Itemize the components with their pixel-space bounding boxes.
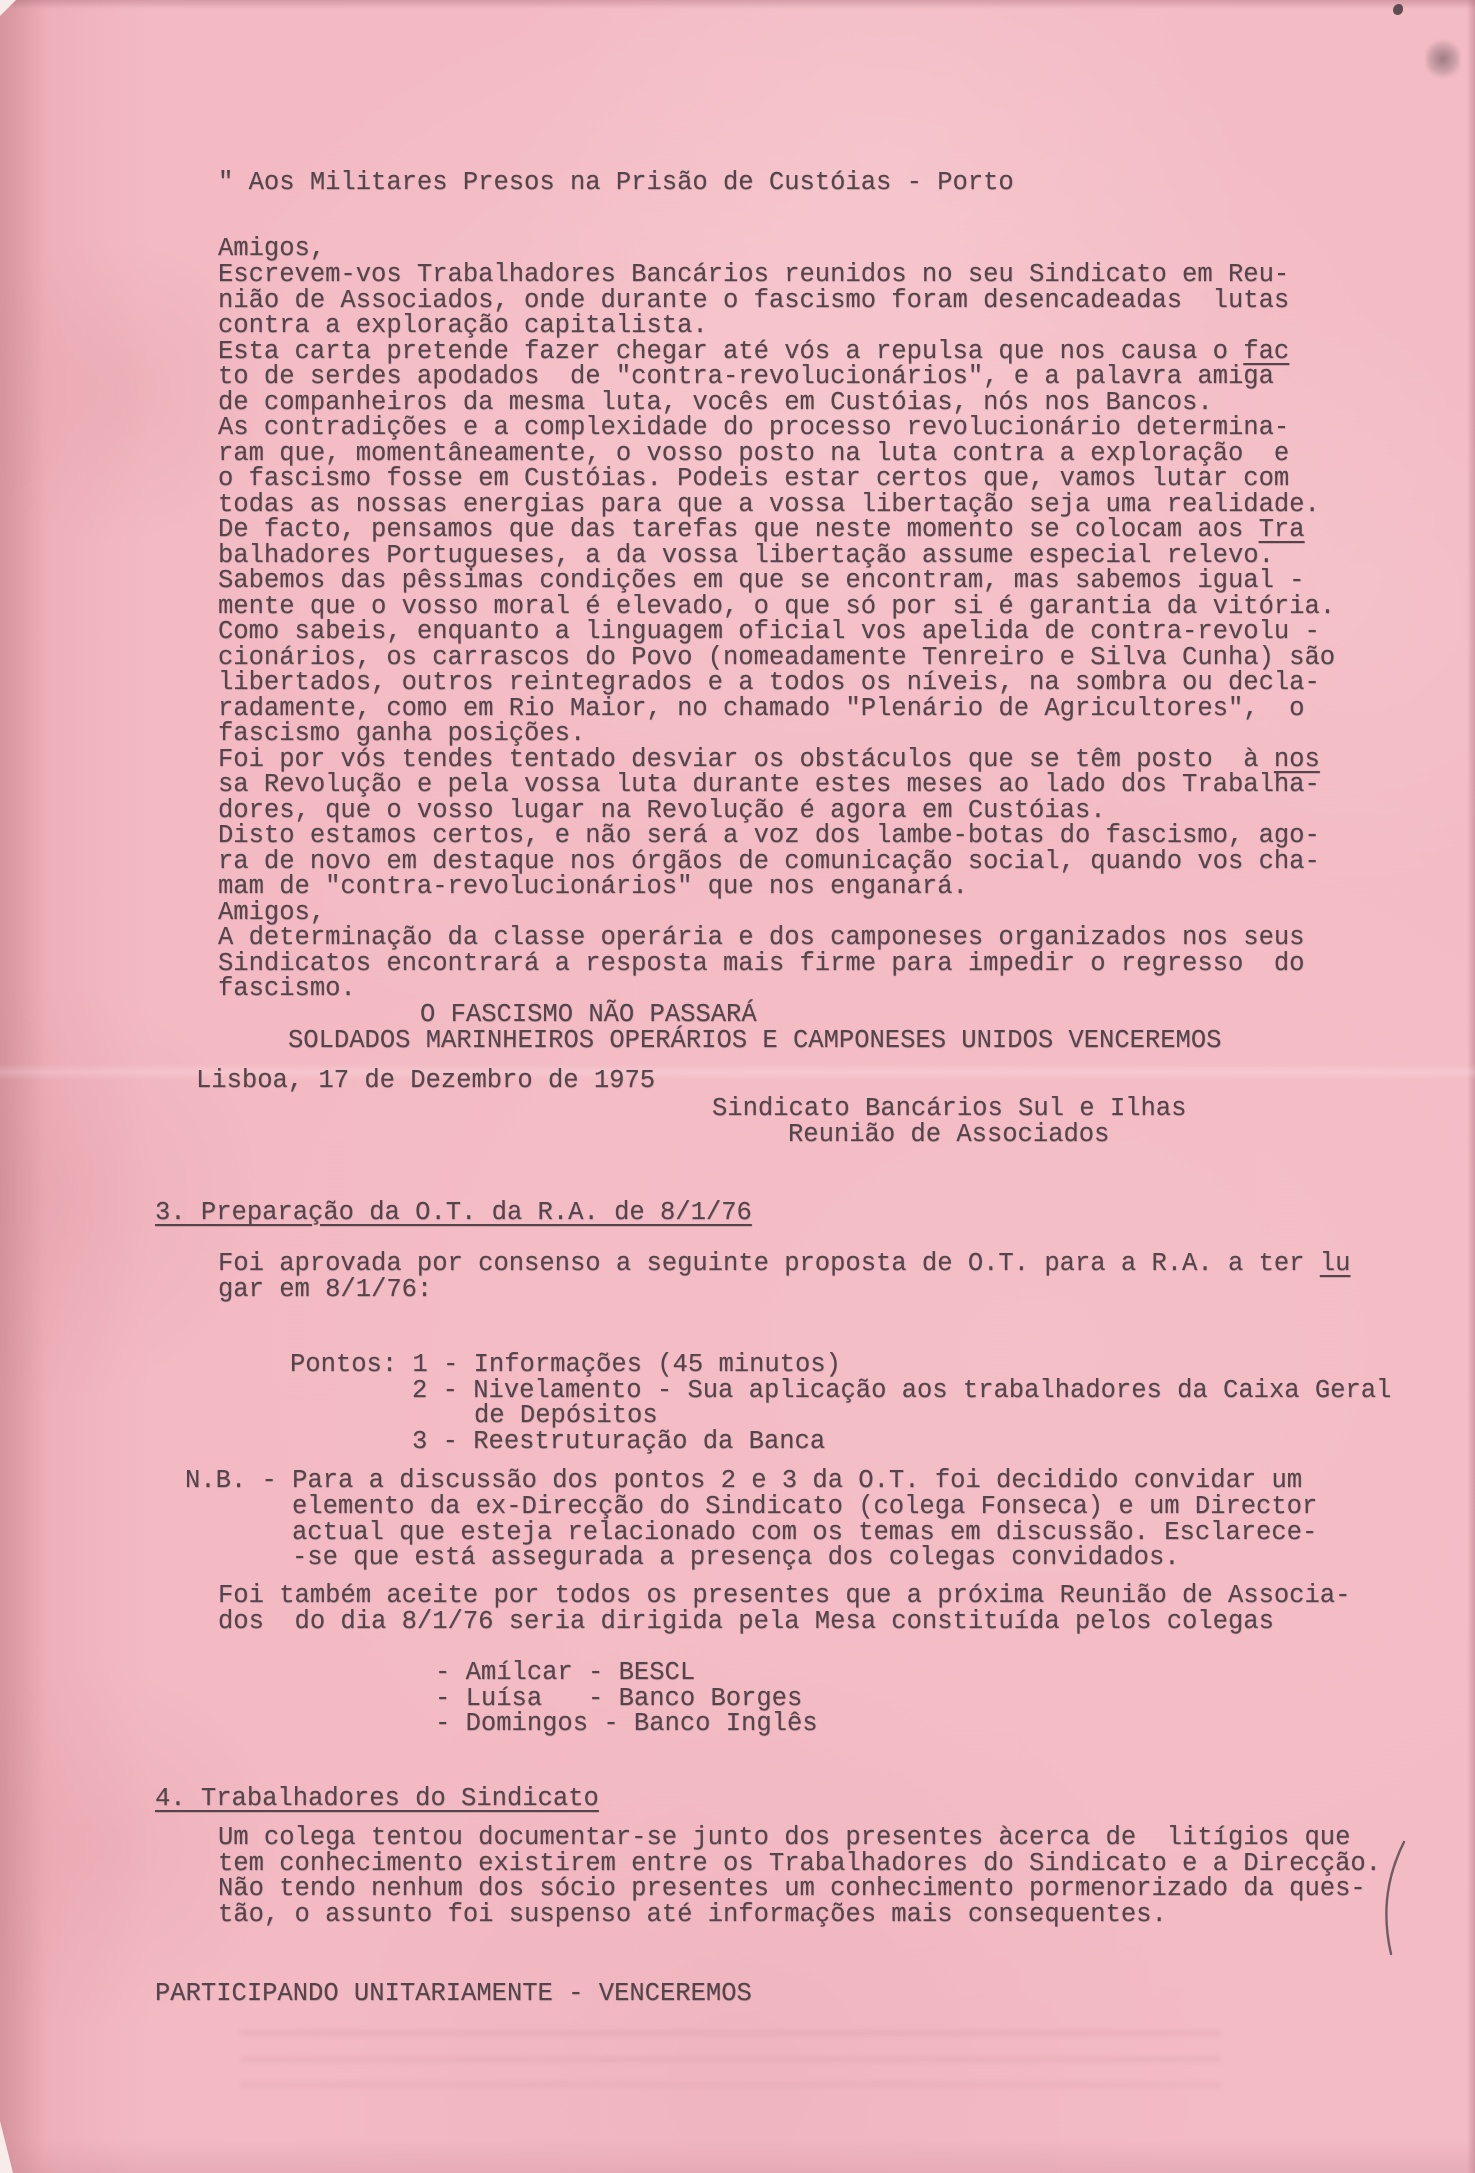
text-line: gar em 8/1/76: <box>218 1277 1350 1303</box>
mesa-members-list: - Amílcar - BESCL- Luísa - Banco Borges-… <box>435 1660 818 1737</box>
nota-bene-first-line: N.B. - Para a discussão dos pontos 2 e 3… <box>185 1468 1302 1494</box>
text-line: - Amílcar - BESCL <box>435 1660 818 1686</box>
text-line: ram que, momentâneamente, o vosso posto … <box>218 441 1335 467</box>
bleed-through-text <box>240 2030 1220 2140</box>
text-line: de companheiros da mesma luta, vocês em … <box>218 390 1335 416</box>
section-4-heading: 4. Trabalhadores do Sindicato <box>155 1786 599 1812</box>
text-line: As contradições e a complexidade do proc… <box>218 415 1335 441</box>
letter-slogan-2: SOLDADOS MARINHEIROS OPERÁRIOS E CAMPONE… <box>288 1028 1221 1054</box>
letter-body: Escrevem-vos Trabalhadores Bancários reu… <box>218 262 1335 1002</box>
paper-edge-shadow-right <box>1467 0 1475 2173</box>
agenda-point-1: Pontos: 1 - Informações (45 minutos) <box>290 1352 841 1378</box>
letter-dateline: Lisboa, 17 de Dezembro de 1975 <box>196 1068 655 1094</box>
text-line: Foi aprovada por consenso a seguinte pro… <box>218 1251 1350 1277</box>
text-line: contra a exploração capitalista. <box>218 313 1335 339</box>
text-line: Foi também aceite por todos os presentes… <box>218 1583 1350 1609</box>
text-line: mente que o vosso moral é elevado, o que… <box>218 594 1335 620</box>
text-line: tem conhecimento existirem entre os Trab… <box>218 1851 1381 1877</box>
paper-edge-shadow-bottom <box>0 2139 1475 2173</box>
text-line: Sindicatos encontrará a resposta mais fi… <box>218 951 1335 977</box>
footer-slogan: PARTICIPANDO UNITARIAMENTE - VENCEREMOS <box>155 1981 752 2007</box>
text-line: ra de novo em destaque nos órgãos de com… <box>218 849 1335 875</box>
text-line: to de serdes apodados de "contra-revoluc… <box>218 364 1335 390</box>
text-line: Esta carta pretende fazer chegar até vós… <box>218 339 1335 365</box>
text-line: fascismo ganha posições. <box>218 721 1335 747</box>
text-line: - Luísa - Banco Borges <box>435 1686 818 1712</box>
text-line: o fascismo fosse em Custóias. Podeis est… <box>218 466 1335 492</box>
letter-signature-body: Reunião de Associados <box>788 1122 1109 1148</box>
letter-addressee: " Aos Militares Presos na Prisão de Cust… <box>218 170 1014 196</box>
text-line: nião de Associados, onde durante o fasci… <box>218 288 1335 314</box>
approval-paragraph: Foi também aceite por todos os presentes… <box>218 1583 1350 1634</box>
text-line: tão, o assunto foi suspenso até informaç… <box>218 1902 1381 1928</box>
text-line: - Domingos - Banco Inglês <box>435 1711 818 1737</box>
agenda-point-2: 2 - Nivelamento - Sua aplicação aos trab… <box>412 1378 1391 1404</box>
text-line: A determinação da classe operária e dos … <box>218 925 1335 951</box>
text-line: balhadores Portugueses, a da vossa liber… <box>218 543 1335 569</box>
text-line: Como sabeis, enquanto a linguagem oficia… <box>218 619 1335 645</box>
text-line: Um colega tentou documentar-se junto dos… <box>218 1825 1381 1851</box>
nota-bene-continuation: elemento da ex-Direcção do Sindicato (co… <box>292 1494 1317 1571</box>
section-4-body: Um colega tentou documentar-se junto dos… <box>218 1825 1381 1927</box>
text-line: libertados, outros reintegrados e a todo… <box>218 670 1335 696</box>
text-line: elemento da ex-Direcção do Sindicato (co… <box>292 1494 1317 1520</box>
text-line: dos do dia 8/1/76 seria dirigida pela Me… <box>218 1609 1350 1635</box>
text-line: Sabemos das pêssimas condições em que se… <box>218 568 1335 594</box>
text-line: sa Revolução e pela vossa luta durante e… <box>218 772 1335 798</box>
text-line: fascismo. <box>218 976 1335 1002</box>
text-line: todas as nossas energias para que a voss… <box>218 492 1335 518</box>
text-line: radamente, como em Rio Maior, no chamado… <box>218 696 1335 722</box>
agenda-point-3: 3 - Reestruturação da Banca <box>412 1429 825 1455</box>
paper-edge-shadow-left <box>0 0 46 2173</box>
ink-spot <box>1393 4 1403 15</box>
text-line: Não tendo nenhum dos sócio presentes um … <box>218 1876 1381 1902</box>
letter-signature-org: Sindicato Bancários Sul e Ilhas <box>712 1096 1186 1122</box>
smudge-mark <box>1426 40 1460 78</box>
text-line: cionários, os carrascos do Povo (nomeada… <box>218 645 1335 671</box>
text-line: Foi por vós tendes tentado desviar os ob… <box>218 747 1335 773</box>
text-line: dores, que o vosso lugar na Revolução é … <box>218 798 1335 824</box>
scan-corner-bottom-left <box>0 2121 13 2173</box>
scan-corner-top-left <box>0 0 16 16</box>
text-line: -se que está assegurada a presença dos c… <box>292 1545 1317 1571</box>
section-3-intro: Foi aprovada por consenso a seguinte pro… <box>218 1251 1350 1302</box>
text-line: De facto, pensamos que das tarefas que n… <box>218 517 1335 543</box>
section-3-heading: 3. Preparação da O.T. da R.A. de 8/1/76 <box>155 1200 752 1226</box>
paper-edge-shadow-top <box>0 0 1475 9</box>
text-line: Escrevem-vos Trabalhadores Bancários reu… <box>218 262 1335 288</box>
text-line: Disto estamos certos, e não será a voz d… <box>218 823 1335 849</box>
text-line: mam de "contra-revolucionários" que nos … <box>218 874 1335 900</box>
scanned-letter-page: " Aos Militares Presos na Prisão de Cust… <box>0 0 1475 2173</box>
text-line: actual que esteja relacionado com os tem… <box>292 1520 1317 1546</box>
text-line: Amigos, <box>218 900 1335 926</box>
agenda-point-2-continuation: de Depósitos <box>474 1403 658 1429</box>
letter-greeting: Amigos, <box>218 236 325 262</box>
letter-slogan-1: O FASCISMO NÃO PASSARÁ <box>420 1002 757 1028</box>
